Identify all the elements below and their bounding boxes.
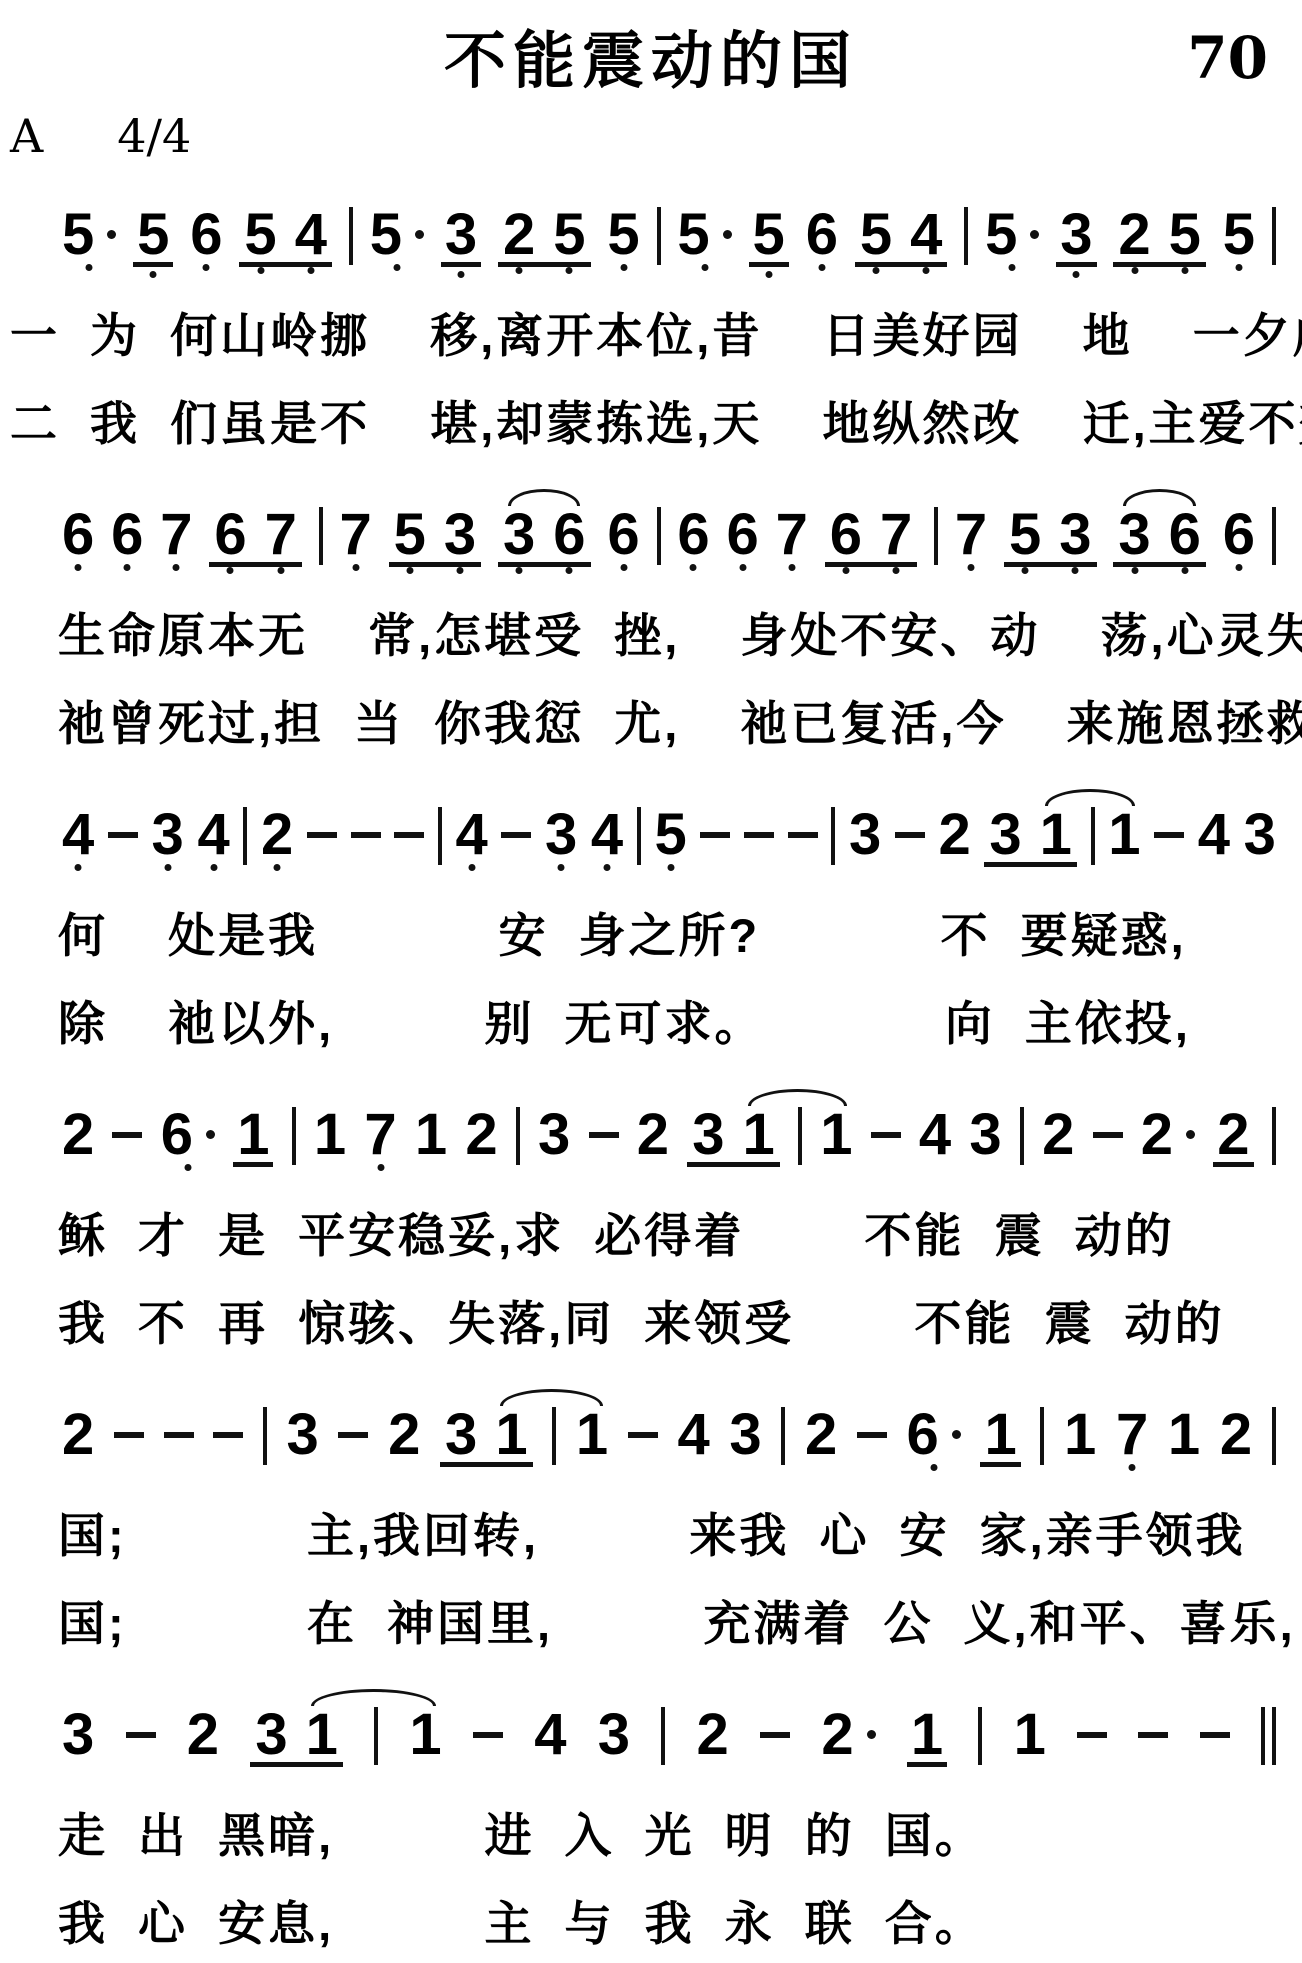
note-number: 6	[830, 512, 862, 557]
low-octave-dot-icon	[872, 267, 879, 274]
low-octave-dot-icon	[1181, 267, 1188, 274]
note: 7	[880, 512, 912, 557]
note-number: 5	[1169, 212, 1201, 257]
lyric-line: 除 祂以外, 别 无可求。 向 主依投, 有祂	[0, 976, 1302, 1064]
note: 6	[1169, 512, 1201, 557]
lyric-line: 稣 才 是 平安稳妥,求 必得着 不能 震 动的	[0, 1188, 1302, 1276]
note: 3	[441, 212, 481, 267]
note: 5	[1009, 512, 1041, 557]
note-number: 7	[340, 512, 372, 557]
lyric-line: 二 我 们虽是不 堪,却蒙拣选,天 地纵然改 迁,主爱不变.	[0, 376, 1302, 464]
score-system: 434243453231143何 处是我 安 身之所? 不 要疑惑, 信耶除 祂…	[0, 784, 1302, 1064]
note: 1	[1014, 1712, 1046, 1757]
note-number: 3	[445, 1412, 477, 1457]
augmentation-dot-icon	[107, 230, 116, 239]
note: 2	[821, 1712, 875, 1757]
note: 4	[534, 1712, 566, 1757]
barline	[319, 507, 323, 565]
low-octave-dot-icon	[210, 864, 217, 871]
note-number: 1	[911, 1712, 943, 1757]
lyric-line: 我 不 再 惊骇、失落,同 来领受 不能 震 动的	[0, 1276, 1302, 1364]
note-number: 7	[160, 512, 192, 557]
note: 4	[197, 812, 229, 857]
note: 2	[1118, 212, 1150, 257]
duration-dash	[351, 832, 381, 838]
note-number: 2	[1220, 1412, 1252, 1457]
note-number: 2	[503, 212, 535, 257]
note: 2	[637, 1112, 669, 1157]
low-octave-dot-icon	[75, 564, 82, 571]
note-number: 2	[805, 1412, 837, 1457]
barline	[1020, 1107, 1024, 1165]
note: 6	[830, 512, 862, 557]
note: 2	[503, 212, 535, 257]
low-octave-dot-icon	[739, 564, 746, 571]
note: 7	[265, 512, 297, 557]
barline	[1272, 1707, 1276, 1765]
tie-arc	[311, 1689, 436, 1706]
note: 3	[444, 512, 476, 557]
note: 6	[607, 512, 639, 557]
note: 2	[388, 1412, 420, 1457]
note: 2	[938, 812, 970, 857]
notation-line: 232311432611712	[0, 1384, 1302, 1488]
note: 3	[1056, 212, 1096, 267]
note: 2	[1213, 1112, 1253, 1167]
note-number: 2	[62, 1412, 94, 1457]
barline	[552, 1407, 556, 1465]
hymn-number: 70	[1187, 24, 1268, 94]
note: 3	[1118, 512, 1150, 557]
duration-dash	[589, 1132, 619, 1138]
note: 1	[1040, 812, 1072, 857]
note-number: 3	[849, 812, 881, 857]
note: 2	[805, 1412, 837, 1457]
score-system: 26117123231143222稣 才 是 平安稳妥,求 必得着 不能 震 动…	[0, 1084, 1302, 1364]
note-number: 5	[677, 212, 709, 257]
lyric-line: 何 处是我 安 身之所? 不 要疑惑, 信耶	[0, 888, 1302, 976]
duration-dash	[788, 832, 818, 838]
barline	[1261, 1707, 1265, 1765]
note-number: 3	[989, 812, 1021, 857]
duration-dash	[108, 832, 138, 838]
note-number: 4	[197, 812, 229, 857]
note: 5	[553, 212, 585, 257]
low-octave-dot-icon	[1131, 267, 1138, 274]
note: 3	[255, 1712, 287, 1757]
note: 5	[1223, 212, 1255, 257]
lyric-line: 我 心 安息, 主 与 我 永 联 合。	[0, 1876, 1302, 1963]
duration-dash	[164, 1432, 194, 1438]
duration-dash	[760, 1732, 790, 1738]
beam-group: 36	[1113, 512, 1206, 567]
note-number: 1	[1108, 812, 1140, 857]
note: 1	[306, 1712, 338, 1757]
duration-dash	[700, 832, 730, 838]
low-octave-dot-icon	[86, 264, 93, 271]
low-octave-dot-icon	[1235, 564, 1242, 571]
note: 1	[233, 1112, 273, 1167]
barline	[661, 1707, 665, 1765]
note: 1	[1064, 1412, 1096, 1457]
note-number: 6	[214, 512, 246, 557]
note: 2	[62, 1412, 94, 1457]
note: 6	[214, 512, 246, 557]
note-number: 5	[1223, 212, 1255, 257]
barline	[657, 507, 661, 565]
note: 5	[860, 212, 892, 257]
note-number: 6	[190, 212, 222, 257]
duration-dash	[744, 832, 774, 838]
note-number: 2	[637, 1112, 669, 1157]
note-number: 6	[1223, 512, 1255, 557]
low-octave-dot-icon	[277, 567, 284, 574]
low-octave-dot-icon	[1235, 264, 1242, 271]
note: 4	[591, 812, 623, 857]
notation-line: 32311432211	[0, 1684, 1302, 1788]
barline	[637, 807, 641, 865]
note-number: 1	[1064, 1412, 1096, 1457]
note-number: 4	[910, 212, 942, 257]
duration-dash	[473, 1732, 503, 1738]
duration-dash	[1138, 1732, 1168, 1738]
beam-group: 53	[389, 512, 482, 567]
beam-group: 53	[1004, 512, 1097, 567]
note: 3	[545, 812, 577, 857]
low-octave-dot-icon	[124, 564, 131, 571]
low-octave-dot-icon	[173, 564, 180, 571]
low-octave-dot-icon	[184, 1164, 191, 1171]
beam-group: 54	[239, 212, 332, 267]
barline	[263, 1407, 267, 1465]
beam-group: 67	[825, 512, 918, 567]
barline	[781, 1407, 785, 1465]
duration-dash	[126, 1732, 156, 1738]
note-number: 1	[306, 1712, 338, 1757]
note: 7	[776, 512, 808, 557]
beam-group: 36	[498, 512, 591, 567]
note: 3	[1244, 812, 1276, 857]
notation-line: 434243453231143	[0, 784, 1302, 888]
note-number: 2	[388, 1412, 420, 1457]
note-number: 5	[654, 812, 686, 857]
note: 2	[187, 1712, 219, 1757]
note-number: 5	[244, 212, 276, 257]
note: 5	[749, 212, 789, 267]
note-number: 4	[1198, 812, 1230, 857]
low-octave-dot-icon	[75, 864, 82, 871]
note: 6	[553, 512, 585, 557]
low-octave-dot-icon	[690, 564, 697, 571]
duration-dash	[895, 832, 925, 838]
note: 6	[907, 1412, 961, 1457]
low-octave-dot-icon	[257, 267, 264, 274]
note-number: 1	[820, 1112, 852, 1157]
tie-arc	[1123, 489, 1196, 506]
lyric-line: 一 为 何山岭挪 移,离开本位,昔 日美好园 地 一夕成灰?	[0, 288, 1302, 376]
lyric-line: 国; 在 神国里, 充满着 公 义,和平、喜乐,	[0, 1576, 1302, 1664]
augmentation-dot-icon	[723, 230, 732, 239]
note-number: 2	[261, 812, 293, 857]
note-number: 7	[880, 512, 912, 557]
note: 4	[910, 212, 942, 257]
low-octave-dot-icon	[274, 864, 281, 871]
note-number: 3	[1118, 512, 1150, 557]
note: 5	[607, 212, 639, 257]
note-number: 7	[1116, 1412, 1148, 1457]
final-barline	[1261, 1707, 1276, 1765]
low-octave-dot-icon	[930, 1464, 937, 1471]
barline	[964, 207, 968, 265]
note: 5	[985, 212, 1039, 257]
note-number: 1	[1168, 1412, 1200, 1457]
low-octave-dot-icon	[765, 271, 772, 278]
low-octave-dot-icon	[164, 864, 171, 871]
note-number: 6	[907, 1412, 939, 1457]
note-number: 1	[415, 1112, 447, 1157]
low-octave-dot-icon	[566, 567, 573, 574]
low-octave-dot-icon	[307, 267, 314, 274]
note: 1	[415, 1112, 447, 1157]
low-octave-dot-icon	[406, 567, 413, 574]
low-octave-dot-icon	[788, 564, 795, 571]
score-body: 55654532555565453255一 为 何山岭挪 移,离开本位,昔 日美…	[0, 184, 1302, 1963]
notation-line: 6676775336666767753366	[0, 484, 1302, 588]
barline	[978, 1707, 982, 1765]
note: 1	[820, 1112, 852, 1157]
tie-arc	[500, 1389, 603, 1406]
barline	[374, 1707, 378, 1765]
low-octave-dot-icon	[842, 567, 849, 574]
duration-dash	[501, 832, 531, 838]
note: 3	[538, 1112, 570, 1157]
beam-group: 31	[250, 1712, 343, 1767]
barline	[831, 807, 835, 865]
note-number: 2	[465, 1112, 497, 1157]
note-number: 3	[1060, 212, 1092, 257]
low-octave-dot-icon	[1181, 567, 1188, 574]
beam-group: 25	[1113, 212, 1206, 267]
note: 2	[1141, 1112, 1195, 1157]
note-number: 6	[553, 512, 585, 557]
note-number: 5	[985, 212, 1017, 257]
note: 1	[409, 1712, 441, 1757]
low-octave-dot-icon	[923, 267, 930, 274]
duration-dash	[628, 1432, 658, 1438]
note-number: 1	[237, 1112, 269, 1157]
note: 1	[576, 1412, 608, 1457]
duration-dash	[1093, 1132, 1123, 1138]
note: 6	[190, 212, 222, 257]
note-number: 1	[1014, 1712, 1046, 1757]
note-number: 5	[370, 212, 402, 257]
barline	[934, 507, 938, 565]
note-number: 3	[969, 1112, 1001, 1157]
note-number: 4	[295, 212, 327, 257]
note: 6	[677, 512, 709, 557]
note-number: 5	[553, 212, 585, 257]
note-number: 3	[692, 1112, 724, 1157]
note-number: 3	[1244, 812, 1276, 857]
note-number: 6	[161, 1112, 193, 1157]
note: 7	[160, 512, 192, 557]
score-system: 6676775336666767753366生命原本无 常,怎堪受 挫, 身处不…	[0, 484, 1302, 764]
note: 3	[1059, 512, 1091, 557]
tie-arc	[1045, 789, 1135, 806]
duration-dash	[394, 832, 424, 838]
note: 3	[989, 812, 1021, 857]
note-number: 5	[137, 212, 169, 257]
tie-arc	[508, 489, 580, 506]
note-number: 7	[364, 1112, 396, 1157]
score-system: 232311432611712国; 主,我回转, 来我 心 安 家,亲手领我国;…	[0, 1384, 1302, 1664]
note: 1	[1168, 1412, 1200, 1457]
note-number: 1	[1040, 812, 1072, 857]
note-number: 3	[445, 212, 477, 257]
note: 2	[1220, 1412, 1252, 1457]
low-octave-dot-icon	[1072, 567, 1079, 574]
note: 7	[364, 1112, 396, 1157]
duration-dash	[307, 832, 337, 838]
note-number: 5	[607, 212, 639, 257]
note-number: 5	[62, 212, 94, 257]
note: 2	[62, 1112, 94, 1157]
low-octave-dot-icon	[604, 864, 611, 871]
note-number: 3	[538, 1112, 570, 1157]
note: 3	[729, 1412, 761, 1457]
duration-dash	[213, 1432, 243, 1438]
low-octave-dot-icon	[701, 264, 708, 271]
note-number: 3	[444, 512, 476, 557]
note-number: 3	[255, 1712, 287, 1757]
lyric-line: 生命原本无 常,怎堪受 挫, 身处不安、动 荡,心灵失措。	[0, 588, 1302, 676]
note-number: 7	[955, 512, 987, 557]
note: 3	[445, 1412, 477, 1457]
augmentation-dot-icon	[206, 1130, 215, 1139]
beam-group: 31	[984, 812, 1077, 867]
note: 4	[455, 812, 487, 857]
beam-group: 25	[498, 212, 591, 267]
note-number: 6	[726, 512, 758, 557]
note-number: 5	[860, 212, 892, 257]
low-octave-dot-icon	[516, 267, 523, 274]
low-octave-dot-icon	[893, 567, 900, 574]
low-octave-dot-icon	[227, 567, 234, 574]
note-number: 5	[394, 512, 426, 557]
note: 3	[62, 1712, 94, 1757]
note: 1	[314, 1112, 346, 1157]
note-number: 2	[1141, 1112, 1173, 1157]
note: 4	[677, 1412, 709, 1457]
augmentation-dot-icon	[867, 1730, 876, 1739]
note: 3	[969, 1112, 1001, 1157]
note-number: 1	[743, 1112, 775, 1157]
duration-dash	[857, 1432, 887, 1438]
note-number: 4	[677, 1412, 709, 1457]
note-number: 5	[1009, 512, 1041, 557]
note: 2	[697, 1712, 729, 1757]
low-octave-dot-icon	[620, 564, 627, 571]
low-octave-dot-icon	[1022, 567, 1029, 574]
duration-dash	[871, 1132, 901, 1138]
note-number: 3	[598, 1712, 630, 1757]
low-octave-dot-icon	[1131, 567, 1138, 574]
low-octave-dot-icon	[1129, 1464, 1136, 1471]
low-octave-dot-icon	[457, 567, 464, 574]
low-octave-dot-icon	[203, 264, 210, 271]
augmentation-dot-icon	[1186, 1130, 1195, 1139]
note-number: 2	[1118, 212, 1150, 257]
note-number: 4	[62, 812, 94, 857]
note-number: 2	[697, 1712, 729, 1757]
note: 5	[133, 212, 173, 267]
note-number: 4	[534, 1712, 566, 1757]
barline	[1272, 1407, 1276, 1465]
note-number: 1	[495, 1412, 527, 1457]
note: 6	[62, 512, 94, 557]
note-number: 3	[545, 812, 577, 857]
low-octave-dot-icon	[558, 864, 565, 871]
note: 5	[654, 812, 686, 857]
note-number: 6	[806, 212, 838, 257]
low-octave-dot-icon	[968, 564, 975, 571]
note: 5	[1169, 212, 1201, 257]
note: 6	[726, 512, 758, 557]
barline	[1272, 1107, 1276, 1165]
note: 7	[1116, 1412, 1148, 1457]
note-number: 3	[152, 812, 184, 857]
hymn-sheet-page: 不能震动的国 70 A 4/4 55654532555565453255一 为 …	[0, 0, 1302, 1963]
note-number: 6	[607, 512, 639, 557]
note-number: 1	[984, 1412, 1016, 1457]
duration-dash	[112, 1132, 142, 1138]
note: 5	[244, 212, 276, 257]
duration-dash	[1154, 832, 1184, 838]
duration-dash	[1077, 1732, 1107, 1738]
low-octave-dot-icon	[457, 271, 464, 278]
barline	[292, 1107, 296, 1165]
note-number: 4	[919, 1112, 951, 1157]
note: 3	[503, 512, 535, 557]
note-number: 7	[776, 512, 808, 557]
note-number: 2	[1042, 1112, 1074, 1157]
note: 6	[161, 1112, 215, 1157]
note-number: 3	[62, 1712, 94, 1757]
barline	[438, 807, 442, 865]
note-number: 3	[1059, 512, 1091, 557]
barline	[1091, 807, 1095, 865]
barline	[798, 1107, 802, 1165]
note-number: 3	[287, 1412, 319, 1457]
lyric-line: 国; 主,我回转, 来我 心 安 家,亲手领我	[0, 1488, 1302, 1576]
barline	[657, 207, 661, 265]
low-octave-dot-icon	[1009, 264, 1016, 271]
note-number: 3	[503, 512, 535, 557]
note: 2	[261, 812, 293, 857]
notation-line: 26117123231143222	[0, 1084, 1302, 1188]
low-octave-dot-icon	[393, 264, 400, 271]
duration-dash	[114, 1432, 144, 1438]
score-system: 32311432211走 出 黑暗, 进 入 光 明 的 国。我 心 安息, 主…	[0, 1684, 1302, 1963]
low-octave-dot-icon	[150, 271, 157, 278]
beam-group: 67	[209, 512, 302, 567]
hymn-title: 不能震动的国	[0, 16, 1302, 108]
tie-arc	[748, 1089, 847, 1106]
key-time-row: A 4/4	[0, 108, 1302, 164]
lyric-line: 走 出 黑暗, 进 入 光 明 的 国。	[0, 1788, 1302, 1876]
low-octave-dot-icon	[516, 567, 523, 574]
note-number: 3	[729, 1412, 761, 1457]
